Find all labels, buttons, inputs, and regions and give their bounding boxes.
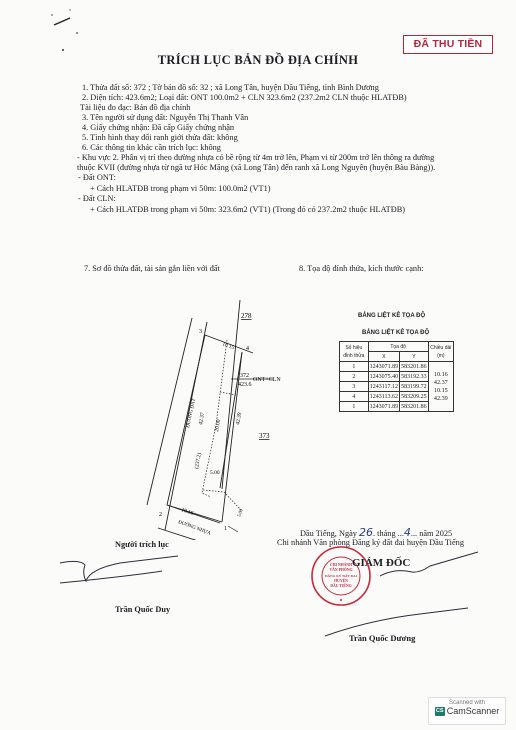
zone-info-cont: thuộc KVII (đường nhựa từ ngã tư Hóc Măn… (77, 163, 435, 173)
section-8-heading: 8. Tọa độ đỉnh thửa, kích thước cạnh: (299, 264, 424, 274)
corridor-area: (237.2) (193, 452, 203, 469)
row-point: 1 (340, 362, 369, 372)
row-point: 2 (340, 372, 369, 382)
owner-name: 3. Tên người sử dụng đất: Nguyễn Thị Tha… (82, 113, 435, 123)
director-name: Trần Quốc Dương (349, 633, 415, 643)
director-signature (320, 548, 480, 638)
length-4-1: 42.39 (430, 395, 452, 403)
vertex-1: 1 (224, 526, 227, 532)
section-7-heading: 7. Sơ đồ thửa đất, tài sản gắn liền với … (84, 264, 220, 274)
date-prefix: Dầu Tiếng, Ngày (300, 529, 357, 538)
scan-marks (40, 5, 100, 55)
boundary-changes: 5. Tình hình thay đổi ranh giới thửa đất… (82, 133, 435, 143)
parcel-area: 423.6 (238, 382, 252, 388)
cln-detail: + Cách HLATĐB trong phạm vi 50m: 323.6m2… (90, 205, 435, 215)
land-type: ONT+CLN (253, 377, 281, 383)
year-label: năm 2025 (419, 529, 452, 538)
edge-bottom-length: 10.16 (180, 507, 194, 517)
row-point: 3 (340, 382, 369, 392)
zone-info: - Khu vực 2. Phân vị trí theo đường nhựa… (77, 153, 435, 163)
vertex-2: 2 (159, 512, 162, 518)
document-body: 1. Thửa đất số: 372 ; Tờ bản đồ số: 32 ;… (82, 83, 435, 215)
road-asphalt-label: ĐƯỜNG NHỰA (177, 519, 212, 536)
survey-source: Tài liệu đo đạc: Bản đồ địa chính (80, 103, 435, 113)
area-info: 2. Diện tích: 423.6m2; Loại đất: ONT 100… (82, 93, 435, 103)
extractor-title: Người trích lục (115, 540, 169, 549)
certificate-status: 4. Giấy chứng nhận: Đã cấp Giấy chứng nh… (82, 123, 435, 133)
ont-heading: - Đất ONT: (78, 173, 435, 183)
vertex-4: 4 (246, 346, 249, 352)
col-y: Y (400, 352, 429, 362)
road-dirt-label: ĐƯỜNG ĐẤT (185, 398, 197, 428)
length-3-4: 10.15 (430, 387, 452, 395)
parcel-number: 372 (240, 373, 249, 379)
row-x: 1243113.62 (368, 392, 400, 402)
other-info: 6. Các thông tin khác cần trích lục: khô… (82, 143, 435, 153)
extractor-signature (60, 555, 190, 600)
vertex-3: 3 (199, 329, 202, 335)
inner-width: 5.00 (210, 470, 220, 476)
row-y: 583201.86 (400, 402, 429, 412)
col-length: Chiều dài (m) (428, 342, 453, 362)
inner-length: 20.00 (214, 419, 222, 432)
length-1-2: 10.16 (430, 371, 452, 379)
edge-right-length: 42.39 (235, 412, 243, 425)
row-x: 1243071.89 (368, 362, 400, 372)
coords-heading-outer: BẢNG LIỆT KÊ TỌA ĐỘ (358, 313, 425, 319)
extractor-name: Trần Quốc Duy (115, 605, 170, 614)
coords-heading-inner: BẢNG LIỆT KÊ TỌA ĐỘ (362, 330, 429, 336)
row-y: 583209.25 (400, 392, 429, 402)
col-coords: Tọa độ (368, 342, 428, 352)
edge-left-length: 42.37 (198, 412, 206, 425)
col-point: Số hiệu đỉnh thửa (340, 342, 369, 362)
cln-heading: - Đất CLN: (78, 194, 435, 204)
row-y: 583192.33 (400, 372, 429, 382)
neighbor-north: 278 (241, 312, 252, 320)
neighbor-east: 373 (259, 432, 270, 440)
ont-detail: + Cách HLATĐB trong phạm vi 50m: 100.0m2… (90, 184, 435, 194)
row-point: 1 (340, 402, 369, 412)
row-y: 583199.72 (400, 382, 429, 392)
watermark-line2: CamScanner (447, 706, 500, 716)
row-x: 1243075.40 (368, 372, 400, 382)
edge-top-length: 10.15 (221, 341, 235, 351)
camscanner-logo-icon: CS (435, 707, 445, 716)
parcel-map: 278 373 3 4 2 1 10.15 10.16 372 423.6 ON… (140, 300, 320, 540)
document-title: TRÍCH LỤC BẢN ĐỒ ĐỊA CHÍNH (0, 53, 516, 68)
paid-stamp: ĐÃ THU TIỀN (403, 35, 493, 54)
row-x: 1243117.12 (368, 382, 400, 392)
coordinates-table: Số hiệu đỉnh thửa Tọa độ Chiều dài (m) X… (339, 341, 454, 412)
lengths-cell: 10.16 42.37 10.15 42.39 (428, 362, 453, 412)
row-point: 4 (340, 392, 369, 402)
month-label: tháng (377, 529, 395, 538)
row-x: 1243071.89 (368, 402, 400, 412)
corner-offset: 5.00 (236, 508, 244, 518)
length-2-3: 42.37 (430, 379, 452, 387)
camscanner-watermark: Scanned with CSCamScanner (428, 697, 506, 725)
row-y: 583201.86 (400, 362, 429, 372)
col-x: X (368, 352, 400, 362)
table-row: 1 1243071.89 583201.86 10.16 42.37 10.15… (340, 362, 454, 372)
parcel-info: 1. Thửa đất số: 372 ; Tờ bản đồ số: 32 ;… (82, 83, 435, 93)
